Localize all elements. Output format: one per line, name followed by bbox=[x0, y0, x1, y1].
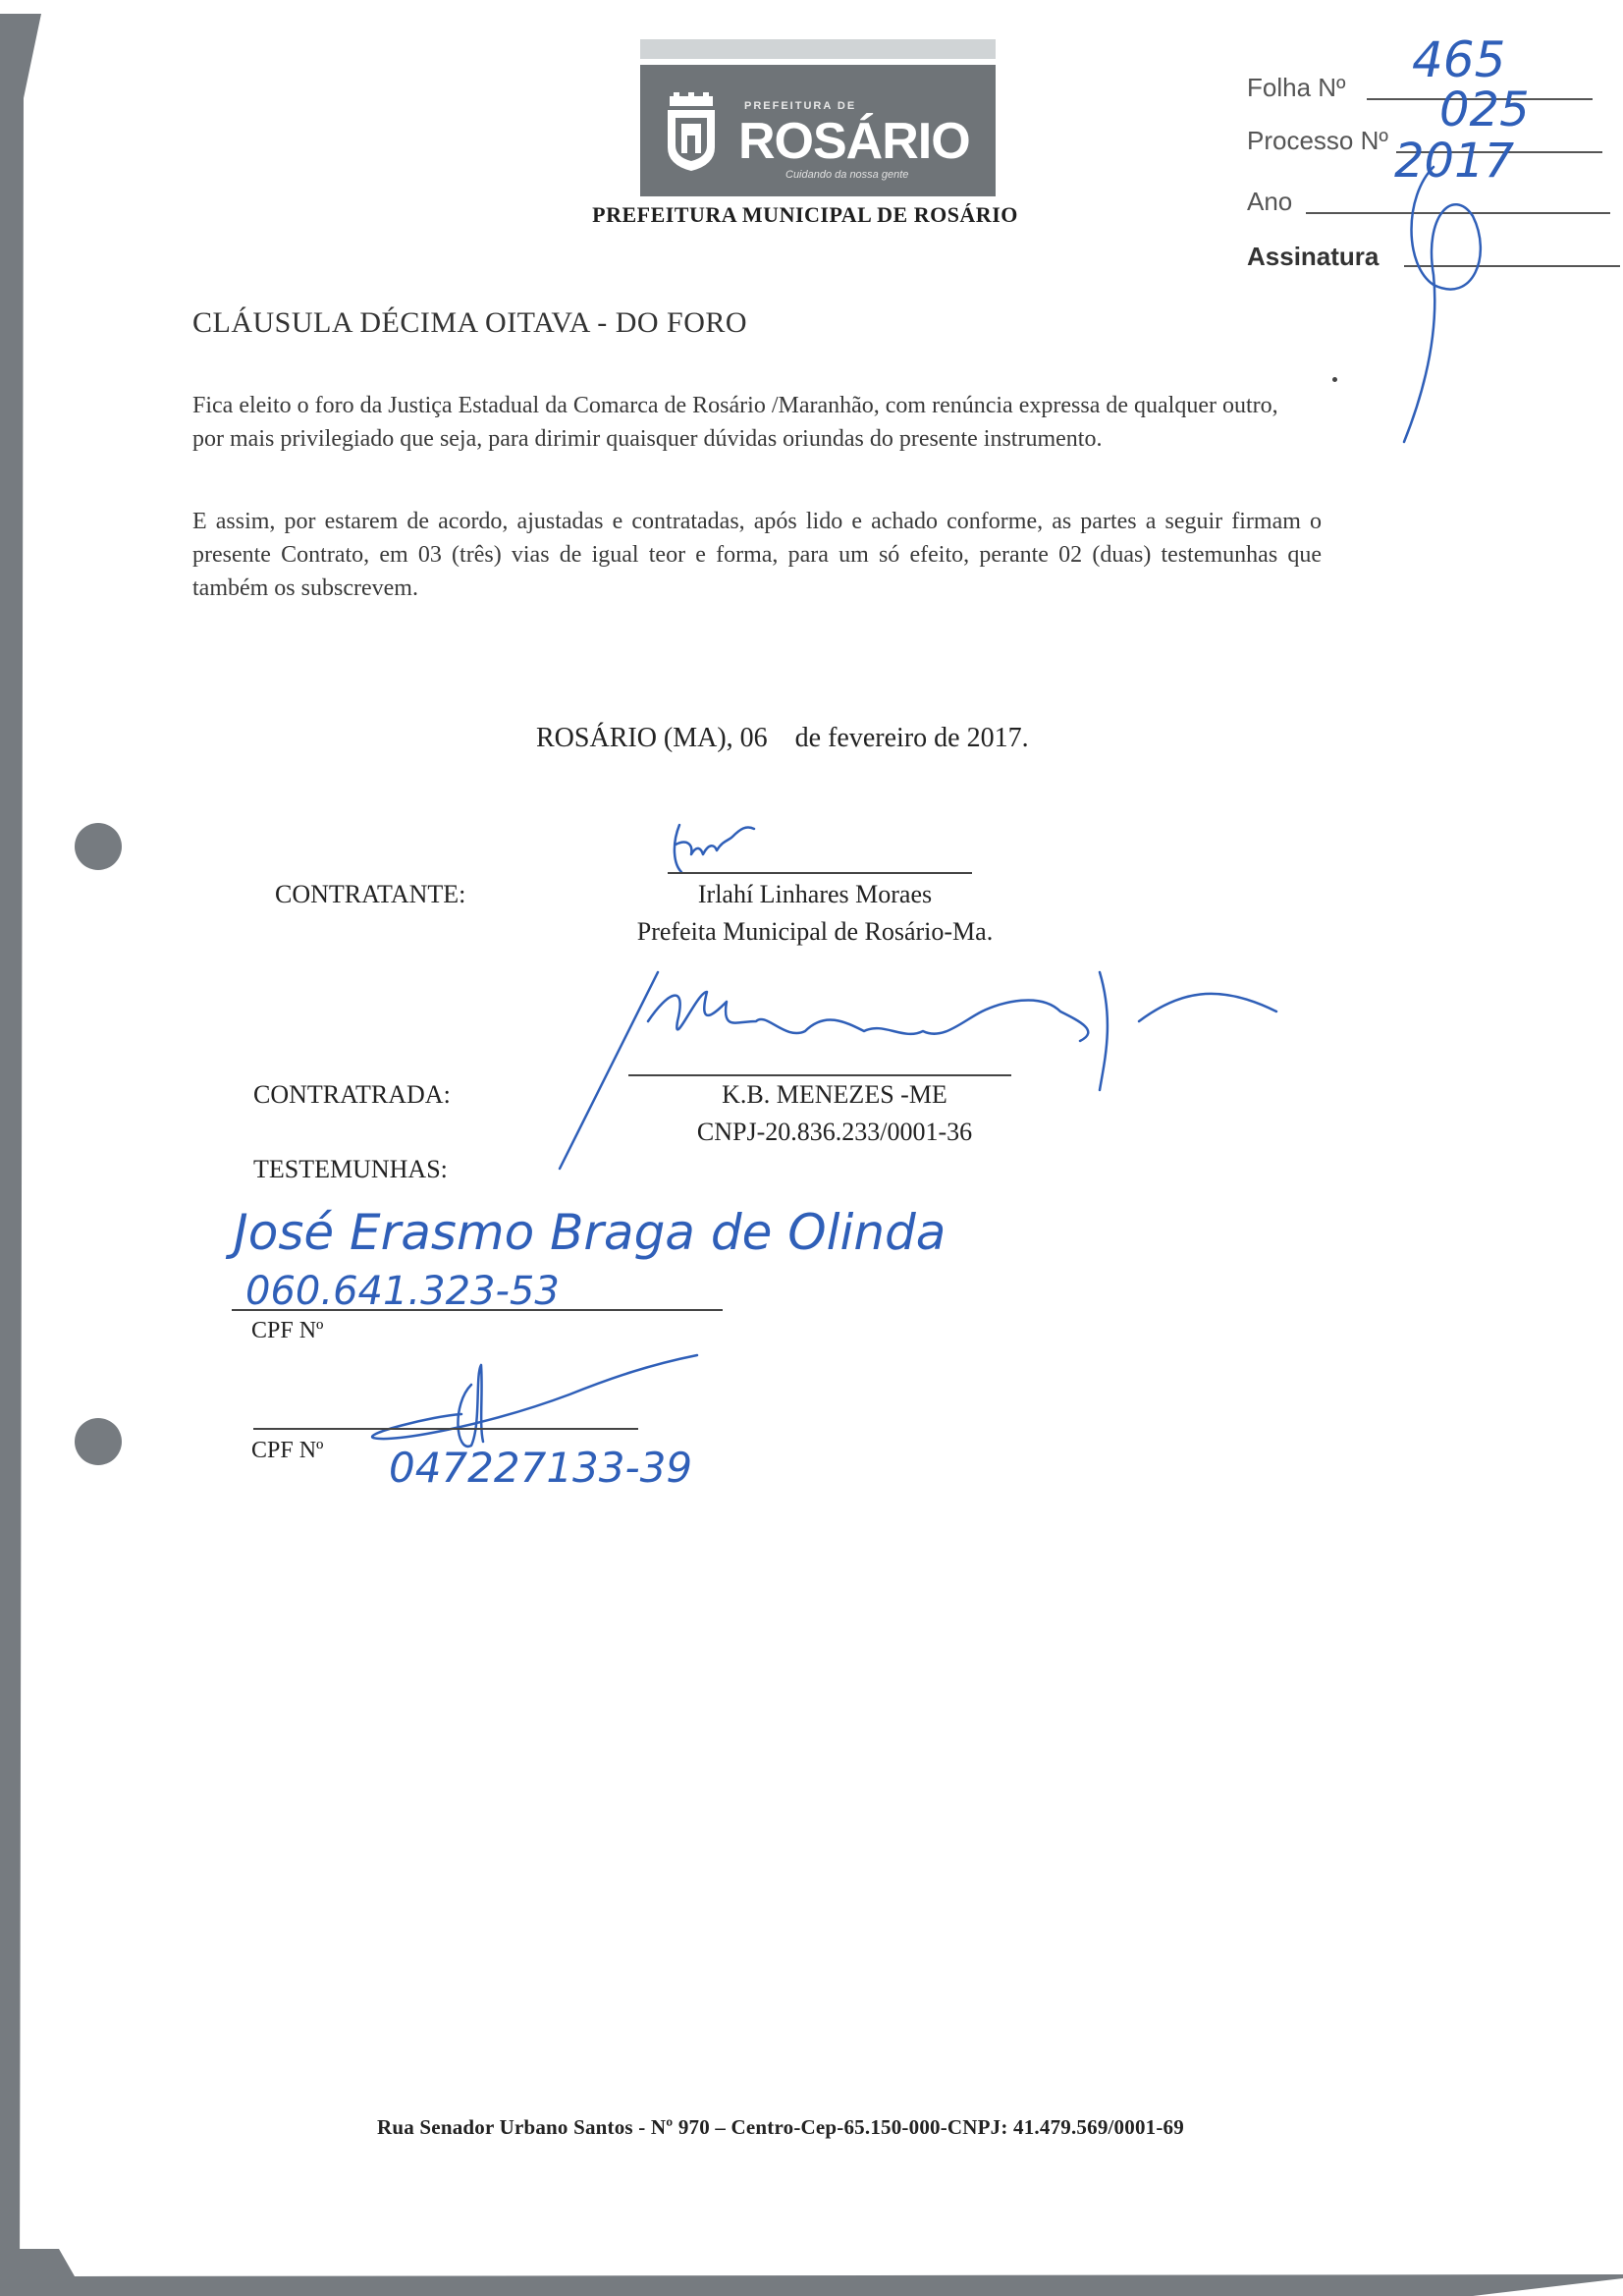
contratada-name: K.B. MENEZES -ME bbox=[609, 1076, 1060, 1114]
folha-value: 465 bbox=[1412, 31, 1505, 88]
clause-paragraph-1: Fica eleito o foro da Justiça Estadual d… bbox=[192, 389, 1312, 456]
binder-hole-1 bbox=[75, 823, 122, 870]
binder-hole-2 bbox=[75, 1418, 122, 1465]
contratante-signature-line bbox=[668, 872, 972, 874]
clause-title: CLÁUSULA DÉCIMA OITAVA - DO FORO bbox=[192, 306, 747, 340]
contratante-name: Irlahí Linhares Moraes bbox=[550, 876, 1080, 913]
ano-label: Ano bbox=[1247, 187, 1292, 217]
witness-1-cpf-label: CPF Nº bbox=[251, 1318, 323, 1344]
stamp-signature bbox=[1394, 157, 1532, 452]
logo-name: ROSÁRIO bbox=[738, 112, 970, 171]
witness-2-signature-line bbox=[253, 1428, 638, 1430]
witness-2-handwritten-cpf: 047227133-39 bbox=[389, 1444, 692, 1492]
witness-2-cpf-label: CPF Nº bbox=[251, 1438, 323, 1464]
assinatura-label: Assinatura bbox=[1247, 242, 1379, 272]
contratada-block: K.B. MENEZES -ME CNPJ-20.836.233/0001-36 bbox=[609, 1076, 1060, 1151]
org-title: PREFEITURA MUNICIPAL DE ROSÁRIO bbox=[530, 202, 1080, 228]
protocol-stamp: Folha Nº 465 Processo Nº 025 Ano 2017 As… bbox=[1247, 39, 1623, 295]
contratante-role: Prefeita Municipal de Rosário-Ma. bbox=[550, 913, 1080, 951]
scan-border-left bbox=[0, 0, 59, 2296]
processo-label: Processo Nº bbox=[1247, 126, 1388, 156]
contratante-block: Irlahí Linhares Moraes Prefeita Municipa… bbox=[550, 876, 1080, 951]
coat-of-arms-icon bbox=[664, 92, 719, 173]
logo-banner: PREFEITURA DE ROSÁRIO Cuidando da nossa … bbox=[640, 65, 996, 196]
contratada-signature bbox=[550, 953, 1296, 1188]
logo-prefix: PREFEITURA DE bbox=[744, 100, 856, 112]
scan-speck bbox=[1332, 377, 1337, 382]
date-line: ROSÁRIO (MA), 06 de fevereiro de 2017. bbox=[536, 723, 1029, 754]
footer-address: Rua Senador Urbano Santos - Nº 970 – Cen… bbox=[275, 2115, 1286, 2140]
contratante-label: CONTRATANTE: bbox=[275, 880, 465, 909]
clause-paragraph-2: E assim, por estarem de acordo, ajustada… bbox=[192, 505, 1322, 605]
contratante-signature bbox=[668, 815, 805, 874]
scan-border-bottom bbox=[0, 2249, 1623, 2296]
logo-top-strip bbox=[640, 39, 996, 59]
witness-1-handwritten-cpf: 060.641.323-53 bbox=[245, 1269, 560, 1314]
contratada-label: CONTRATRADA: bbox=[253, 1080, 451, 1110]
processo-value: 025 bbox=[1439, 82, 1530, 137]
witness-1-signature-line bbox=[232, 1309, 723, 1311]
witnesses-label: TESTEMUNHAS: bbox=[253, 1155, 448, 1184]
folha-label: Folha Nº bbox=[1247, 73, 1346, 103]
contratada-cnpj: CNPJ-20.836.233/0001-36 bbox=[609, 1114, 1060, 1151]
logo-slogan: Cuidando da nossa gente bbox=[785, 169, 908, 181]
witness-1-handwritten-name: José Erasmo Braga de Olinda bbox=[234, 1204, 946, 1261]
municipality-logo: PREFEITURA DE ROSÁRIO Cuidando da nossa … bbox=[640, 39, 996, 196]
